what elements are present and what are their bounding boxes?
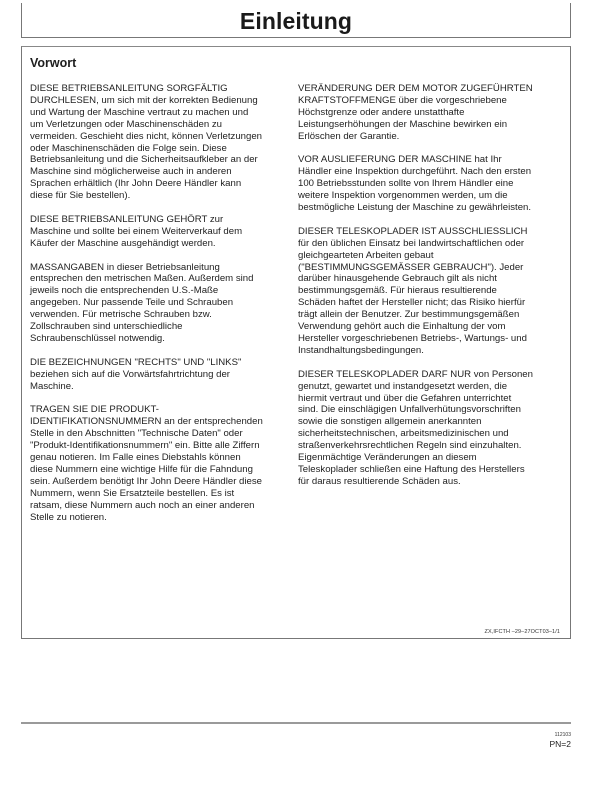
page-header: Einleitung (21, 3, 571, 38)
paragraph-product-id-numbers: TRAGEN SIE DIE PRODUKT- IDENTIFIKATIONSN… (30, 404, 300, 523)
paragraph-measurements: MASSANGABEN in dieser Betriebsanleitung … (30, 262, 300, 345)
paragraph-manual-belongs: DIESE BETRIEBSANLEITUNG GEHÖRT zur Masch… (30, 214, 300, 250)
paragraph-fuel-change: VERÄNDERUNG DER DEM MOTOR ZUGEFÜHRTEN KR… (298, 83, 568, 143)
paragraph-intended-use: DIESER TELESKOPLADER IST AUSSCHLIESSLICH… (298, 226, 568, 357)
footer-date-code: 112103 (555, 732, 571, 738)
document-reference: ZX,IFCTH –29–27OCT03–1/1 (485, 629, 560, 635)
paragraph-inspection: VOR AUSLIEFERUNG DER MASCHINE hat Ihr Hä… (298, 154, 568, 214)
paragraph-read-manual: DIESE BETRIEBSANLEITUNG SORGFÄLTIG DURCH… (30, 83, 300, 202)
left-column: DIESE BETRIEBSANLEITUNG SORGFÄLTIG DURCH… (30, 83, 300, 535)
page-number: PN=2 (550, 739, 572, 749)
paragraph-right-left: DIE BEZEICHNUNGEN "RECHTS" UND "LINKS" b… (30, 357, 300, 393)
right-column: VERÄNDERUNG DER DEM MOTOR ZUGEFÜHRTEN KR… (298, 83, 568, 500)
section-title: Vorwort (30, 56, 76, 70)
foreword-section: Vorwort DIESE BETRIEBSANLEITUNG SORGFÄLT… (21, 46, 571, 639)
page-title: Einleitung (22, 8, 570, 35)
footer-divider (21, 722, 571, 724)
paragraph-authorized-persons: DIESER TELESKOPLADER DARF NUR von Person… (298, 369, 568, 488)
